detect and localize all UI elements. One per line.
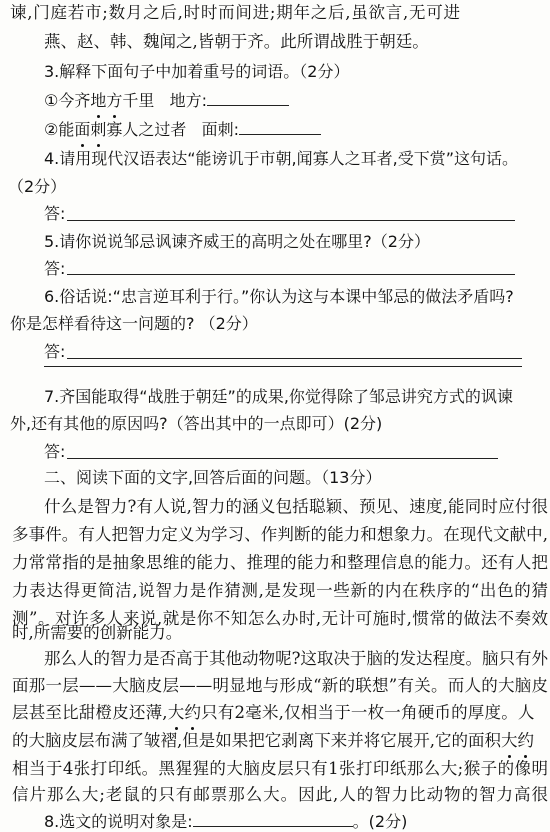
question-8: 8.选文的说明对象是:。(2分) — [44, 810, 407, 832]
paragraph-line: 力常常指的是抽象思维的能力、推理的能力和整理信息的能力。还有人把智 — [12, 552, 548, 574]
emphasis-char: 约 — [518, 730, 535, 752]
text: 只有2毫米,仅相当于一枚一角硬币的厚度。人 — [201, 703, 534, 722]
emphasis-char: 方 — [106, 90, 122, 112]
term-label: 地方: — [170, 91, 207, 110]
paragraph-line: 那么人的智力是否高于其他动物呢?这取决于脑的发达程度。脑只有外 — [44, 648, 548, 670]
emphasis-char: 面 — [74, 119, 90, 141]
paragraph-line: 什么是智力?有人说,智力的涵义包括聪颖、预见、速度,能同时应付很 — [44, 496, 548, 518]
emphasis-char: 大 — [168, 702, 185, 724]
emphasis-char: 约 — [184, 702, 201, 724]
paragraph-line: 面那一层——大脑皮层——明显地与形成“新的联想”有关。而人的大脑皮 — [12, 675, 548, 697]
answer-blank[interactable] — [193, 810, 353, 827]
emphasis-char: 刺 — [90, 119, 106, 141]
answer-line[interactable] — [67, 458, 498, 459]
term-label: 面刺: — [202, 120, 239, 139]
answer-line[interactable] — [67, 220, 515, 221]
passage-line: 谏,门庭若市;数月之后,时时而间进;期年之后,虽欲言,无可进者。 — [10, 2, 460, 24]
question-6-line-1: 6.俗话说:“忠言逆耳利于行。”你认为这与本课中邹忌的做法矛盾吗? — [44, 286, 514, 308]
question-6-line-2: 你是怎样看待这一问题的? （2分） — [10, 313, 258, 335]
answer-line[interactable] — [67, 274, 515, 275]
item-text: ②能 — [44, 120, 74, 139]
passage-line: 燕、赵、韩、魏闻之,皆朝于齐。此所谓战胜于朝廷。 — [44, 31, 429, 53]
answer-line[interactable] — [67, 358, 522, 359]
paragraph-line: 多事件。有人把智力定义为学习、作判断的能力和想象力。在现代文献中,智 — [12, 524, 548, 546]
question-8-label: 8.选文的说明对象是: — [44, 812, 193, 831]
answer-label: 答: — [44, 441, 65, 463]
answer-label: 答: — [44, 258, 65, 280]
paragraph-line: 的大脑皮层布满了皱褶,但是如果把它剥离下来并将它展开,它的面积大约 — [12, 730, 548, 752]
question-4-line-1: 4.请用现代汉语表达“能谤讥于市朝,闻寡人之耳者,受下赏”这句话。 — [44, 148, 518, 170]
item-text: 寡人之过者 — [106, 120, 186, 139]
answer-blank[interactable] — [239, 118, 321, 135]
paragraph-line: 时,所需要的创新能力。 — [12, 622, 182, 644]
question-4-line-2: （2分） — [8, 176, 66, 198]
emphasis-char: 大 — [501, 730, 518, 752]
item-text: ①今齐 — [44, 91, 90, 110]
question-5-title: 5.请你说说邹忌讽谏齐威王的高明之处在哪里?（2分） — [44, 231, 430, 253]
question-3-item-2: ②能面刺寡人之过者 面刺: — [44, 118, 321, 140]
emphasis-char: 地 — [90, 90, 106, 112]
answer-line-2[interactable] — [44, 366, 522, 367]
paragraph-line: 相当于4张打印纸。黑猩猩的大脑皮层只有1张打印纸那么大;猴子的像明 — [12, 758, 548, 780]
paragraph-line: 层甚至比甜橙皮还薄,大约只有2毫米,仅相当于一枚一角硬币的厚度。人 — [12, 702, 548, 724]
text: 层甚至比甜橙皮还薄, — [12, 703, 168, 722]
text: 的大脑皮层布满了皱褶,但是如果把它剥离下来并将它展开,它的面积 — [12, 731, 501, 750]
question-3-item-1: ①今齐地方千里 地方: — [44, 89, 289, 111]
question-7-line-1: 7.齐国能取得“战胜于朝廷”的成果,你觉得除了邹忌讲究方式的讽谏 — [44, 386, 513, 408]
item-text: 千里 — [122, 91, 154, 110]
question-7-line-2: 外,还有其他的原因吗?（答出其中的一点即可）(2分) — [10, 413, 382, 435]
answer-label: 答: — [44, 203, 65, 225]
paragraph-line: 力表达得更简洁,说智力是作猜测,是发现一些新的内在秩序的“出色的猜 — [12, 580, 548, 602]
section-2-heading: 二、阅读下面的文字,回答后面的问题。（13分） — [44, 467, 381, 489]
question-8-points: 。(2分) — [353, 812, 408, 831]
answer-blank[interactable] — [207, 89, 289, 106]
paragraph-line: 信片那么大;老鼠的只有邮票那么大。因此,人的智力比动物的智力高很多。 — [12, 784, 548, 806]
question-3-title: 3.解释下面句子中加着重号的词语。（2分） — [44, 61, 349, 83]
answer-label: 答: — [44, 341, 65, 363]
